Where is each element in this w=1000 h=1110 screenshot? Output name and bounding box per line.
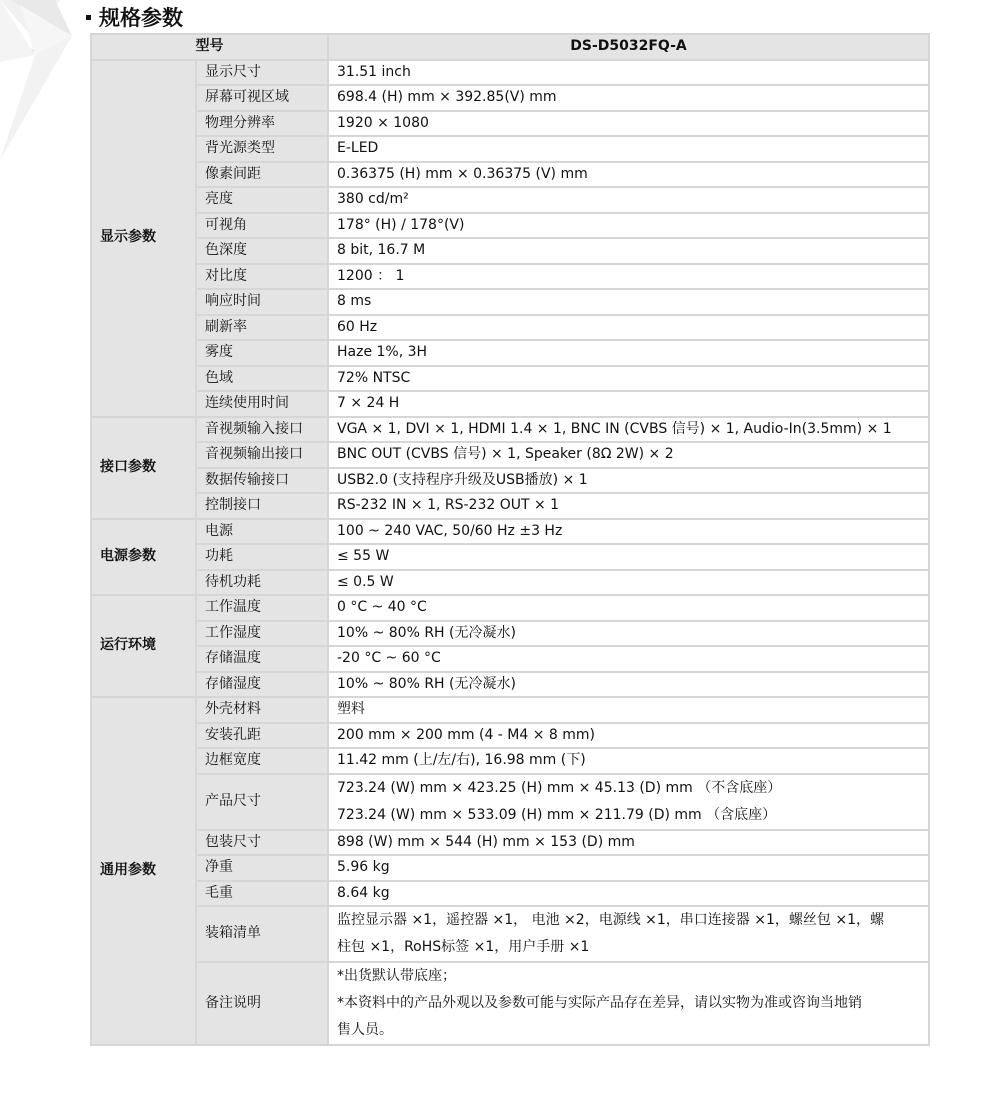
spec-value: 723.24 (W) mm × 423.25 (H) mm × 45.13 (D… (328, 774, 929, 830)
spec-value-line: -20 °C ~ 60 °C (337, 650, 441, 666)
table-row: 色深度8 bit, 16.7 M (91, 238, 929, 264)
spec-value: 60 Hz (328, 315, 929, 341)
spec-value: *出货默认带底座；*本资料中的产品外观以及参数可能与实际产品存在差异，请以实物为… (328, 962, 929, 1045)
spec-label: 边框宽度 (196, 748, 328, 774)
spec-value: 100 ~ 240 VAC, 50/60 Hz ±3 Hz (328, 519, 929, 545)
spec-label: 存储湿度 (196, 672, 328, 698)
spec-value-line: 8 ms (337, 293, 371, 309)
spec-value: 0 °C ~ 40 °C (328, 595, 929, 621)
table-row: 连续使用时间7 × 24 H (91, 391, 929, 417)
spec-label: 包装尺寸 (196, 830, 328, 856)
spec-label: 响应时间 (196, 289, 328, 315)
spec-label: 外壳材料 (196, 697, 328, 723)
spec-value: ≤ 55 W (328, 544, 929, 570)
spec-value-line: 0.36375 (H) mm × 0.36375 (V) mm (337, 166, 588, 182)
spec-value: 200 mm × 200 mm (4 - M4 × 8 mm) (328, 723, 929, 749)
spec-label: 亮度 (196, 187, 328, 213)
table-row: 工作湿度10% ~ 80% RH (无冷凝水) (91, 621, 929, 647)
spec-label: 雾度 (196, 340, 328, 366)
spec-label: 刷新率 (196, 315, 328, 341)
table-row: 物理分辨率1920 × 1080 (91, 111, 929, 137)
spec-label: 工作温度 (196, 595, 328, 621)
table-row: 响应时间8 ms (91, 289, 929, 315)
spec-label: 装箱清单 (196, 906, 328, 962)
spec-label: 音视频输入接口 (196, 417, 328, 443)
category-cell: 电源参数 (91, 519, 196, 596)
table-row: 安装孔距200 mm × 200 mm (4 - M4 × 8 mm) (91, 723, 929, 749)
spec-value-line: ≤ 55 W (337, 548, 389, 564)
spec-value: 8 ms (328, 289, 929, 315)
spec-value: 5.96 kg (328, 855, 929, 881)
table-row: 接口参数音视频输入接口VGA × 1, DVI × 1, HDMI 1.4 × … (91, 417, 929, 443)
spec-value-line: Haze 1%, 3H (337, 344, 427, 360)
table-row: 数据传输接口USB2.0 (支持程序升级及USB播放) × 1 (91, 468, 929, 494)
spec-value-line: 723.24 (W) mm × 533.09 (H) mm × 211.79 (… (337, 802, 920, 829)
spec-label: 物理分辨率 (196, 111, 328, 137)
spec-value-line: 1200 ： 1 (337, 268, 404, 284)
table-row: 屏幕可视区域698.4 (H) mm × 392.85(V) mm (91, 85, 929, 111)
spec-value: 72% NTSC (328, 366, 929, 392)
spec-value-line: 塑料 (337, 701, 365, 717)
spec-value-line: 10% ~ 80% RH (无冷凝水) (337, 625, 516, 641)
spec-value: 31.51 inch (328, 60, 929, 86)
spec-value-line: 8.64 kg (337, 885, 390, 901)
spec-value-line: 178° (H) / 178°(V) (337, 217, 464, 233)
spec-value-line: 60 Hz (337, 319, 377, 335)
spec-value: 8 bit, 16.7 M (328, 238, 929, 264)
spec-value-line: 8 bit, 16.7 M (337, 242, 425, 258)
category-cell: 接口参数 (91, 417, 196, 519)
spec-label: 工作湿度 (196, 621, 328, 647)
spec-value-line: 723.24 (W) mm × 423.25 (H) mm × 45.13 (D… (337, 775, 920, 802)
spec-value: USB2.0 (支持程序升级及USB播放) × 1 (328, 468, 929, 494)
spec-label: 音视频输出接口 (196, 442, 328, 468)
table-row: 存储湿度10% ~ 80% RH (无冷凝水) (91, 672, 929, 698)
spec-value: 10% ~ 80% RH (无冷凝水) (328, 621, 929, 647)
table-row: 对比度1200 ： 1 (91, 264, 929, 290)
spec-label: 待机功耗 (196, 570, 328, 596)
spec-value-line: ≤ 0.5 W (337, 574, 394, 590)
spec-value: RS-232 IN × 1, RS-232 OUT × 1 (328, 493, 929, 519)
spec-label: 连续使用时间 (196, 391, 328, 417)
spec-label: 产品尺寸 (196, 774, 328, 830)
table-row: 电源参数电源100 ~ 240 VAC, 50/60 Hz ±3 Hz (91, 519, 929, 545)
spec-value: 7 × 24 H (328, 391, 929, 417)
table-row: 包装尺寸898 (W) mm × 544 (H) mm × 153 (D) mm (91, 830, 929, 856)
spec-value-line: *出货默认带底座； (337, 963, 920, 990)
model-value: DS-D5032FQ-A (328, 34, 929, 60)
table-row: 音视频输出接口BNC OUT (CVBS 信号) × 1, Speaker (8… (91, 442, 929, 468)
spec-value: 10% ~ 80% RH (无冷凝水) (328, 672, 929, 698)
spec-label: 数据传输接口 (196, 468, 328, 494)
spec-value: Haze 1%, 3H (328, 340, 929, 366)
spec-value-line: 200 mm × 200 mm (4 - M4 × 8 mm) (337, 727, 595, 743)
table-row: 亮度380 cd/m² (91, 187, 929, 213)
spec-value: 698.4 (H) mm × 392.85(V) mm (328, 85, 929, 111)
spec-label: 净重 (196, 855, 328, 881)
spec-label: 对比度 (196, 264, 328, 290)
spec-value-line: 698.4 (H) mm × 392.85(V) mm (337, 89, 557, 105)
spec-label: 显示尺寸 (196, 60, 328, 86)
model-label: 型号 (91, 34, 328, 60)
spec-label: 色深度 (196, 238, 328, 264)
spec-value-line: RS-232 IN × 1, RS-232 OUT × 1 (337, 497, 559, 513)
spec-value-line: E-LED (337, 140, 378, 156)
table-row: 净重5.96 kg (91, 855, 929, 881)
spec-value-line: 31.51 inch (337, 64, 411, 80)
spec-value-line: 7 × 24 H (337, 395, 399, 411)
table-header-row: 型号 DS-D5032FQ-A (91, 34, 929, 60)
table-row: 通用参数外壳材料塑料 (91, 697, 929, 723)
spec-value: ≤ 0.5 W (328, 570, 929, 596)
spec-value: 380 cd/m² (328, 187, 929, 213)
spec-value-line: 898 (W) mm × 544 (H) mm × 153 (D) mm (337, 834, 635, 850)
spec-value-line: VGA × 1, DVI × 1, HDMI 1.4 × 1, BNC IN (… (337, 421, 892, 437)
table-row: 背光源类型E-LED (91, 136, 929, 162)
table-row: 存储温度-20 °C ~ 60 °C (91, 646, 929, 672)
spec-value: VGA × 1, DVI × 1, HDMI 1.4 × 1, BNC IN (… (328, 417, 929, 443)
table-row: 色域72% NTSC (91, 366, 929, 392)
spec-value: 898 (W) mm × 544 (H) mm × 153 (D) mm (328, 830, 929, 856)
table-row: 装箱清单监控显示器 ×1，遥控器 ×1， 电池 ×2，电源线 ×1，串口连接器 … (91, 906, 929, 962)
table-row: 运行环境工作温度0 °C ~ 40 °C (91, 595, 929, 621)
spec-value-line: 100 ~ 240 VAC, 50/60 Hz ±3 Hz (337, 523, 562, 539)
spec-value: BNC OUT (CVBS 信号) × 1, Speaker (8Ω 2W) ×… (328, 442, 929, 468)
spec-value-line: 监控显示器 ×1，遥控器 ×1， 电池 ×2，电源线 ×1，串口连接器 ×1，螺… (337, 907, 920, 934)
spec-label: 电源 (196, 519, 328, 545)
category-cell: 显示参数 (91, 60, 196, 417)
spec-value: 8.64 kg (328, 881, 929, 907)
spec-label: 背光源类型 (196, 136, 328, 162)
spec-value: 塑料 (328, 697, 929, 723)
spec-label: 控制接口 (196, 493, 328, 519)
spec-value-line: *本资料中的产品外观以及参数可能与实际产品存在差异，请以实物为准或咨询当地销 (337, 990, 920, 1017)
spec-label: 可视角 (196, 213, 328, 239)
category-cell: 运行环境 (91, 595, 196, 697)
table-row: 产品尺寸723.24 (W) mm × 423.25 (H) mm × 45.1… (91, 774, 929, 830)
table-row: 控制接口RS-232 IN × 1, RS-232 OUT × 1 (91, 493, 929, 519)
spec-value: 监控显示器 ×1，遥控器 ×1， 电池 ×2，电源线 ×1，串口连接器 ×1，螺… (328, 906, 929, 962)
table-row: 显示参数显示尺寸31.51 inch (91, 60, 929, 86)
table-row: 可视角178° (H) / 178°(V) (91, 213, 929, 239)
spec-value: 1200 ： 1 (328, 264, 929, 290)
section-title-text: 规格参数 (99, 2, 183, 32)
spec-value-line: 柱包 ×1，RoHS标签 ×1，用户手册 ×1 (337, 934, 920, 961)
spec-value: 1920 × 1080 (328, 111, 929, 137)
spec-label: 色域 (196, 366, 328, 392)
spec-value: -20 °C ~ 60 °C (328, 646, 929, 672)
table-row: 待机功耗≤ 0.5 W (91, 570, 929, 596)
spec-label: 像素间距 (196, 162, 328, 188)
table-row: 雾度Haze 1%, 3H (91, 340, 929, 366)
spec-value-line: 11.42 mm (上/左/右), 16.98 mm (下) (337, 752, 586, 768)
spec-table: 型号 DS-D5032FQ-A 显示参数显示尺寸31.51 inch屏幕可视区域… (90, 33, 930, 1046)
spec-value-line: 售人员。 (337, 1017, 920, 1044)
spec-label: 安装孔距 (196, 723, 328, 749)
spec-label: 功耗 (196, 544, 328, 570)
table-row: 备注说明*出货默认带底座；*本资料中的产品外观以及参数可能与实际产品存在差异，请… (91, 962, 929, 1045)
spec-label: 备注说明 (196, 962, 328, 1045)
table-row: 功耗≤ 55 W (91, 544, 929, 570)
table-row: 像素间距0.36375 (H) mm × 0.36375 (V) mm (91, 162, 929, 188)
spec-value-line: 72% NTSC (337, 370, 410, 386)
bullet-icon (86, 15, 91, 20)
spec-value: 0.36375 (H) mm × 0.36375 (V) mm (328, 162, 929, 188)
spec-value-line: BNC OUT (CVBS 信号) × 1, Speaker (8Ω 2W) ×… (337, 446, 674, 462)
spec-value: 11.42 mm (上/左/右), 16.98 mm (下) (328, 748, 929, 774)
spec-label: 存储温度 (196, 646, 328, 672)
section-title: 规格参数 (86, 2, 183, 32)
spec-value: 178° (H) / 178°(V) (328, 213, 929, 239)
spec-value-line: 0 °C ~ 40 °C (337, 599, 427, 615)
spec-value-line: 1920 × 1080 (337, 115, 429, 131)
category-cell: 通用参数 (91, 697, 196, 1045)
table-row: 毛重8.64 kg (91, 881, 929, 907)
spec-label: 屏幕可视区域 (196, 85, 328, 111)
table-row: 刷新率60 Hz (91, 315, 929, 341)
spec-value-line: USB2.0 (支持程序升级及USB播放) × 1 (337, 472, 588, 488)
spec-label: 毛重 (196, 881, 328, 907)
spec-value: E-LED (328, 136, 929, 162)
spec-value-line: 380 cd/m² (337, 191, 409, 207)
spec-value-line: 5.96 kg (337, 859, 390, 875)
spec-value-line: 10% ~ 80% RH (无冷凝水) (337, 676, 516, 692)
table-row: 边框宽度11.42 mm (上/左/右), 16.98 mm (下) (91, 748, 929, 774)
